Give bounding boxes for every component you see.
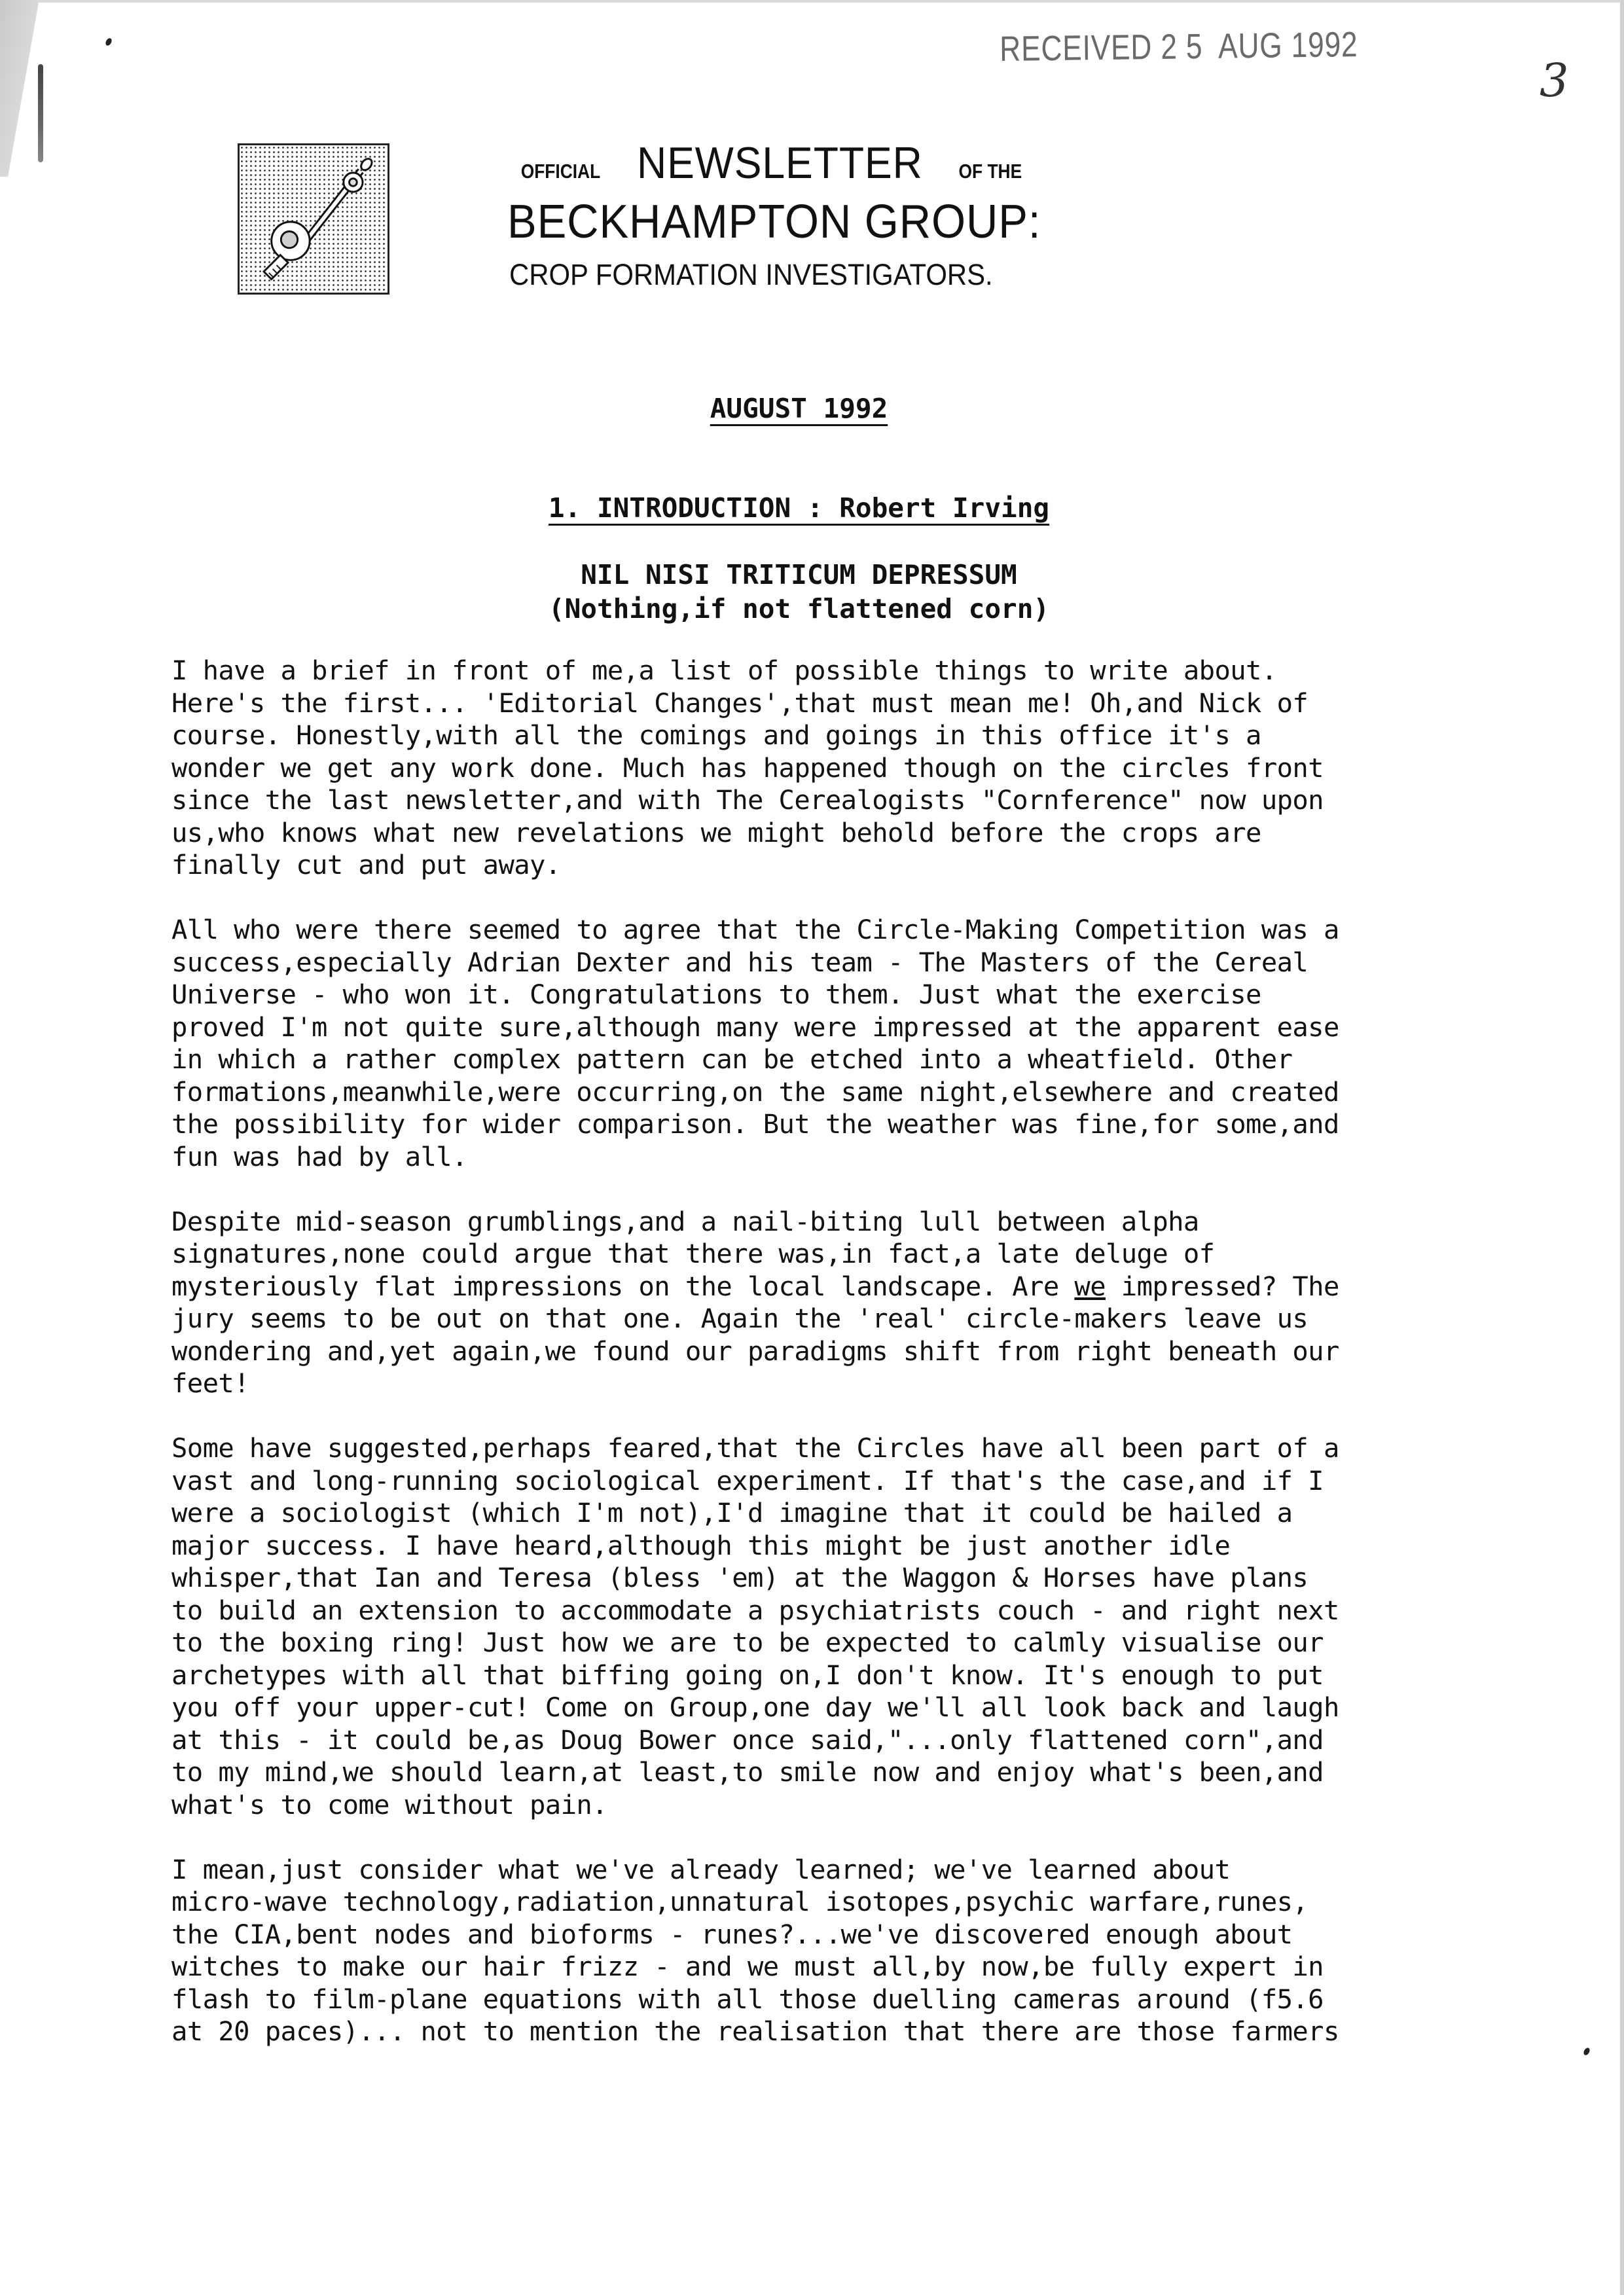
motto-english: (Nothing,if not flattened corn) <box>0 592 1611 626</box>
scan-speck <box>1583 2047 1591 2056</box>
staple-mark <box>38 64 43 162</box>
masthead-title: NEWSLETTER <box>637 137 923 189</box>
section-motto: NIL NISI TRITICUM DEPRESSUM (Nothing,if … <box>0 558 1611 626</box>
article-body: I have a brief in front of me,a list of … <box>171 655 1474 2080</box>
scan-edge-left <box>0 0 39 177</box>
issue-date: AUGUST 1992 <box>710 393 888 424</box>
masthead-group-name: BECKHAMPTON GROUP: <box>507 195 1041 249</box>
masthead-tagline: CROP FORMATION INVESTIGATORS. <box>509 258 993 292</box>
handwritten-page-number: 3 <box>1540 54 1569 107</box>
key-icon <box>240 145 388 293</box>
paragraph: I have a brief in front of me,a list of … <box>171 655 1474 882</box>
received-stamp: RECEIVED 2 5 AUG 1992 <box>1000 24 1358 69</box>
group-logo <box>238 143 389 295</box>
motto-latin: NIL NISI TRITICUM DEPRESSUM <box>0 558 1611 592</box>
masthead-suffix: OF THE <box>958 160 1022 183</box>
scan-speck <box>105 37 113 46</box>
scan-edge-right <box>1620 0 1624 2295</box>
emphasized-word: we <box>1074 1271 1106 1302</box>
paragraph: I mean,just consider what we've already … <box>171 1854 1474 2048</box>
paragraph: Despite mid-season grumblings,and a nail… <box>171 1206 1474 1400</box>
section-heading: 1. INTRODUCTION : Robert Irving <box>0 492 1611 524</box>
masthead-prefix: OFFICIAL <box>521 160 600 183</box>
scan-edge-top <box>0 0 1624 3</box>
section-title: 1. INTRODUCTION : Robert Irving <box>549 492 1049 524</box>
paragraph: Some have suggested,perhaps feared,that … <box>171 1432 1474 1821</box>
paragraph: All who were there seemed to agree that … <box>171 914 1474 1173</box>
issue-date-heading: AUGUST 1992 <box>0 393 1611 424</box>
